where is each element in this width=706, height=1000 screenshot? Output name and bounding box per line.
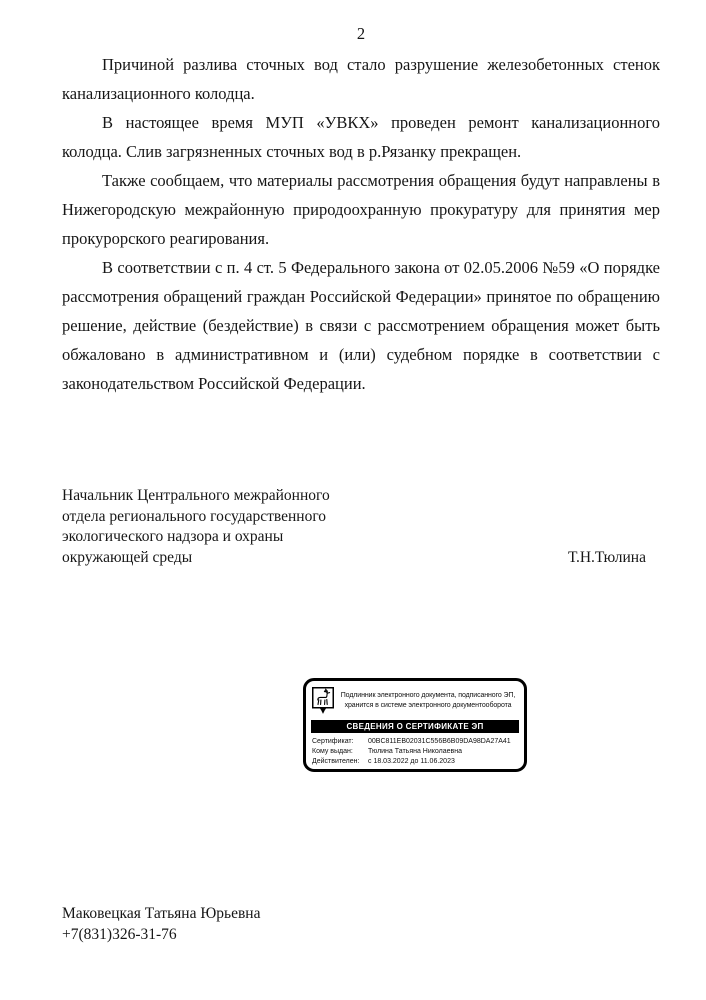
signer-title-line: экологического надзора и охраны [62,527,330,548]
executor-contact: Маковецкая Татьяна Юрьевна +7(831)326-31… [62,903,260,945]
executor-phone: +7(831)326-31-76 [62,924,260,945]
certificate-serial-value: 00BC811EB02031C556B6B09DA98DA27A41 [368,737,511,747]
certificate-info-title: СВЕДЕНИЯ О СЕРТИФИКАТЕ ЭП [311,720,519,733]
signer-title-line: Начальник Центрального межрайонного [62,486,330,507]
certificate-owner-value: Тюлина Татьяна Николаевна [368,747,462,757]
deer-emblem-icon [312,687,334,715]
certificate-serial-row: Сертификат: 00BC811EB02031C556B6B09DA98D… [312,737,518,747]
certificate-fields: Сертификат: 00BC811EB02031C556B6B09DA98D… [306,733,524,767]
signer-title-line: окружающей среды [62,548,330,569]
page-number: 2 [62,24,660,44]
stamp-header: Подлинник электронного документа, подпис… [306,681,524,718]
paragraph-1: Причиной разлива сточных вод стало разру… [62,50,660,108]
certificate-owner-label: Кому выдан: [312,747,368,757]
signature-block: Начальник Центрального межрайонного отде… [62,486,660,568]
certificate-owner-row: Кому выдан: Тюлина Татьяна Николаевна [312,747,518,757]
certificate-validity-row: Действителен: с 18.03.2022 до 11.06.2023 [312,757,518,767]
stamp-header-line1: Подлинник электронного документа, подпис… [338,691,518,701]
digital-signature-stamp: Подлинник электронного документа, подпис… [303,678,527,772]
paragraph-3: Также сообщаем, что материалы рассмотрен… [62,166,660,253]
certificate-validity-value: с 18.03.2022 до 11.06.2023 [368,757,455,767]
signer-name: Т.Н.Тюлина [568,548,660,569]
letter-body: Причиной разлива сточных вод стало разру… [62,50,660,398]
signer-title-line: отдела регионального государственного [62,507,330,528]
paragraph-4: В соответствии с п. 4 ст. 5 Федерального… [62,253,660,398]
signer-title: Начальник Центрального межрайонного отде… [62,486,330,568]
paragraph-2: В настоящее время МУП «УВКХ» проведен ре… [62,108,660,166]
document-page: 2 Причиной разлива сточных вод стало раз… [0,0,706,1000]
executor-name: Маковецкая Татьяна Юрьевна [62,903,260,924]
certificate-serial-label: Сертификат: [312,737,368,747]
stamp-header-text: Подлинник электронного документа, подпис… [338,691,518,711]
certificate-validity-label: Действителен: [312,757,368,767]
stamp-header-line2: хранится в системе электронного документ… [338,701,518,711]
